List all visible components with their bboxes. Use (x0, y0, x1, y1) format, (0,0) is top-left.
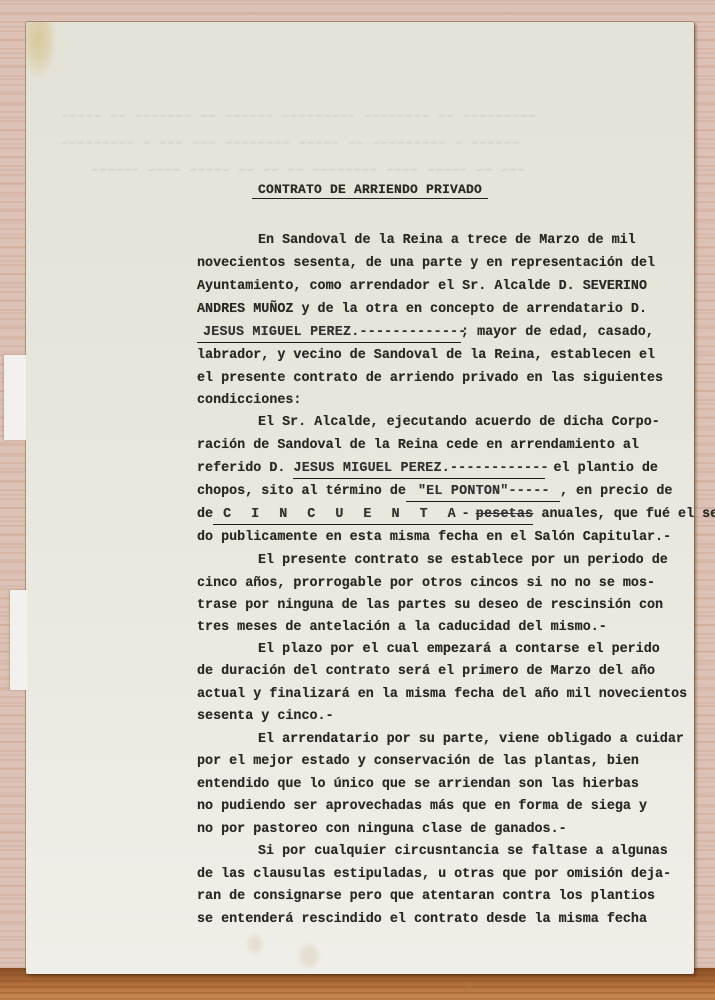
bleed-through-text: ~~~~~~ ~ ~~~~~~~~~ ~~ ~~~~~ ~~~~~~~~ ~~~… (60, 137, 519, 151)
text-line: Si por cualquier circusntancia se faltas… (258, 843, 668, 861)
price-amount: C I N C U E N T A- (223, 507, 476, 522)
tenant-name-field: JESUS MIGUEL PEREZ.------------ (293, 460, 545, 479)
text-line: El plazo por el cual empezará a contarse… (258, 641, 660, 659)
bleed-through-text: ~~~~~~~~~ ~~ ~~~~~~~~ ~~~~~~~~~ ~~~~~~ ~… (60, 110, 536, 124)
text-line: no pudiendo ser aprovechadas más que en … (197, 798, 647, 816)
text-line: referido D. JESUS MIGUEL PEREZ.---------… (197, 460, 658, 479)
tenant-name-field: JESUS MIGUEL PEREZ.------------- (197, 324, 461, 343)
text-line: ANDRES MUÑOZ y de la otra en concepto de… (197, 301, 647, 319)
text-line: El Sr. Alcalde, ejecutando acuerdo de di… (258, 414, 660, 432)
text-line: entendido que lo único que se arriendan … (197, 776, 639, 794)
text-segment: el plantio de (554, 461, 658, 476)
paper-stain (465, 982, 473, 990)
text-line: cinco años, prorrogable por otros cincos… (197, 575, 655, 593)
text-line: condicciones: (197, 392, 301, 410)
text-line: novecientos sesenta, de una parte y en r… (197, 255, 655, 273)
text-line: chopos, sito al término de"EL PONTON"---… (197, 483, 672, 502)
text-line: por el mejor estado y conservación de la… (197, 753, 639, 771)
text-line: Ayuntamiento, como arrendador el Sr. Alc… (197, 278, 647, 296)
bleed-through-text: ~~~ ~~ ~~~~~ ~~~~ ~~~~~~~~ ~~ ~~ ~~ ~~~~… (90, 164, 525, 178)
text-segment: anuales, que fué el señala- (541, 507, 715, 522)
document-title: CONTRATO DE ARRIENDO PRIVADO (252, 182, 488, 199)
text-line: se entenderá rescindido el contrato desd… (197, 911, 647, 929)
text-line: deC I N C U E N T A-pesetas anuales, que… (197, 506, 715, 525)
location-field: "EL PONTON"----- (406, 483, 560, 502)
paper-stain (248, 935, 262, 953)
text-line: ran de consignarse pero que atentaran co… (197, 888, 655, 906)
text-line: tres meses de antelación a la caducidad … (197, 619, 607, 637)
text-line: de duración del contrato será el primero… (197, 663, 655, 681)
text-segment: , en precio de (560, 484, 673, 499)
text-line: sesenta y cinco.- (197, 708, 334, 726)
text-line: no por pastoreo con ninguna clase de gan… (197, 821, 567, 839)
text-segment: chopos, sito al término de (197, 484, 406, 499)
price-field: C I N C U E N T A-pesetas (213, 506, 533, 525)
text-segment: ; mayor de edad, casado, (461, 325, 654, 340)
text-line: labrador, y vecino de Sandoval de la Rei… (197, 347, 655, 365)
text-line: En Sandoval de la Reina a trece de Marzo… (258, 232, 636, 250)
text-segment: de (197, 507, 213, 522)
text-line: do publicamente en esta misma fecha en e… (197, 529, 671, 547)
text-line: El presente contrato se establece por un… (258, 552, 668, 570)
text-line: El arrendatario por su parte, viene obli… (258, 731, 684, 749)
text-segment: referido D. (197, 461, 285, 476)
struck-currency: pesetas (476, 507, 534, 522)
text-line: actual y finalizará en la misma fecha de… (197, 686, 687, 704)
text-line: trase por ninguna de las partes su deseo… (197, 597, 663, 615)
text-line: el presente contrato de arriendo privado… (197, 370, 663, 388)
text-line: de las clausulas estipuladas, u otras qu… (197, 866, 671, 884)
page-edge-fold (10, 590, 28, 690)
page-edge-fold (4, 355, 26, 440)
text-line: JESUS MIGUEL PEREZ.-------------; mayor … (197, 324, 654, 343)
text-line: ración de Sandoval de la Reina cede en a… (197, 437, 639, 455)
paper-stain (300, 945, 318, 967)
